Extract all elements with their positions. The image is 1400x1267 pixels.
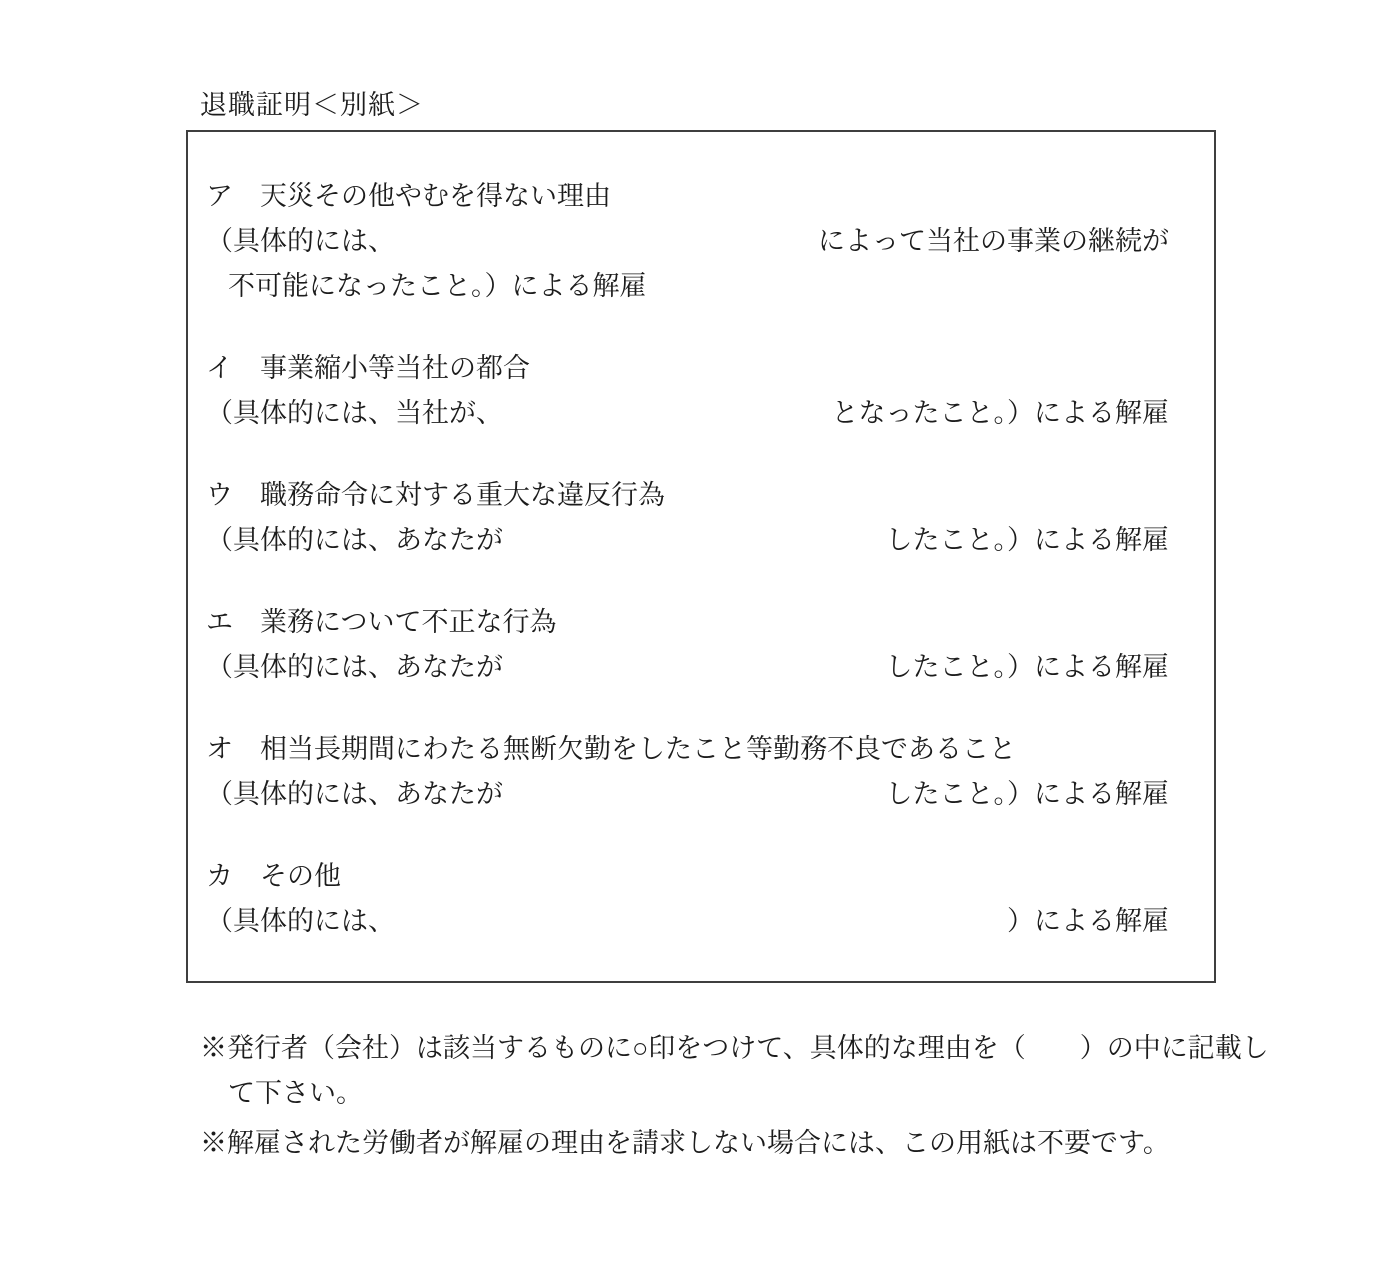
document-page: 退職証明＜別紙＞ ア 天災その他やむを得ない理由 （具体的には、 によって当社の… xyxy=(0,0,1400,1267)
detail-right-text: となったこと。）による解雇 xyxy=(832,391,1170,436)
reason-section-o: オ 相当長期間にわたる無断欠勤をしたこと等勤務不良であること （具体的には、あな… xyxy=(206,727,1169,817)
footnote-issuer-instruction: ※発行者（会社）は該当するものに○印をつけて、具体的な理由を（ ）の中に記載し … xyxy=(200,1026,1220,1116)
reason-section-ka: カ その他 （具体的には、 ）による解雇 xyxy=(206,854,1169,944)
section-title: 相当長期間にわたる無断欠勤をしたこと等勤務不良であること xyxy=(260,727,1016,772)
detail-left-text: （具体的には、 xyxy=(206,219,395,264)
blank-fill-area xyxy=(395,899,1007,944)
footnote-line: ※解雇された労働者が解雇の理由を請求しない場合には、この用紙は不要です。 xyxy=(200,1121,1220,1166)
section-title-row: オ 相当長期間にわたる無断欠勤をしたこと等勤務不良であること xyxy=(206,727,1169,772)
section-letter: カ xyxy=(206,854,260,899)
footnotes: ※発行者（会社）は該当するものに○印をつけて、具体的な理由を（ ）の中に記載し … xyxy=(200,1026,1220,1171)
detail-right-text: によって当社の事業の継続が xyxy=(818,219,1169,264)
footnote-not-required: ※解雇された労働者が解雇の理由を請求しない場合には、この用紙は不要です。 xyxy=(200,1121,1220,1166)
blank-fill-area xyxy=(503,391,832,436)
blank-fill-area xyxy=(503,772,886,817)
reason-section-a: ア 天災その他やむを得ない理由 （具体的には、 によって当社の事業の継続が 不可… xyxy=(206,174,1169,309)
section-title: 業務について不正な行為 xyxy=(260,600,556,645)
detail-right-text: したこと。）による解雇 xyxy=(886,772,1170,817)
detail-line: （具体的には、あなたが したこと。）による解雇 xyxy=(206,772,1169,817)
section-title-row: エ 業務について不正な行為 xyxy=(206,600,1169,645)
detail-line: （具体的には、あなたが したこと。）による解雇 xyxy=(206,518,1169,563)
detail-continuation-text: 不可能になったこと。）による解雇 xyxy=(228,264,647,309)
section-title: 天災その他やむを得ない理由 xyxy=(260,174,611,219)
section-letter: エ xyxy=(206,600,260,645)
section-title: その他 xyxy=(260,854,341,899)
section-letter: オ xyxy=(206,727,260,772)
reason-section-u: ウ 職務命令に対する重大な違反行為 （具体的には、あなたが したこと。）による解… xyxy=(206,473,1169,563)
detail-line: （具体的には、当社が、 となったこと。）による解雇 xyxy=(206,391,1169,436)
blank-fill-area xyxy=(503,518,886,563)
detail-left-text: （具体的には、あなたが xyxy=(206,645,503,690)
detail-right-text: したこと。）による解雇 xyxy=(886,518,1170,563)
detail-left-text: （具体的には、あなたが xyxy=(206,772,503,817)
section-title: 職務命令に対する重大な違反行為 xyxy=(260,473,665,518)
footnote-line: ※発行者（会社）は該当するものに○印をつけて、具体的な理由を（ ）の中に記載し xyxy=(200,1026,1220,1071)
detail-right-text: したこと。）による解雇 xyxy=(886,645,1170,690)
detail-left-text: （具体的には、当社が、 xyxy=(206,391,503,436)
detail-line: （具体的には、 ）による解雇 xyxy=(206,899,1169,944)
blank-fill-area xyxy=(395,219,818,264)
detail-left-text: （具体的には、 xyxy=(206,899,395,944)
blank-fill-area xyxy=(503,645,886,690)
detail-right-text: ）による解雇 xyxy=(1007,899,1169,944)
section-letter: ア xyxy=(206,174,260,219)
section-letter: ウ xyxy=(206,473,260,518)
section-title: 事業縮小等当社の都合 xyxy=(260,346,530,391)
detail-line: 不可能になったこと。）による解雇 xyxy=(206,264,1169,309)
footnote-line: て下さい。 xyxy=(200,1071,1220,1116)
page-title: 退職証明＜別紙＞ xyxy=(200,83,424,128)
section-title-row: カ その他 xyxy=(206,854,1169,899)
reason-section-i: イ 事業縮小等当社の都合 （具体的には、当社が、 となったこと。）による解雇 xyxy=(206,346,1169,436)
detail-line: （具体的には、 によって当社の事業の継続が xyxy=(206,219,1169,264)
detail-left-text: （具体的には、あなたが xyxy=(206,518,503,563)
section-title-row: ウ 職務命令に対する重大な違反行為 xyxy=(206,473,1169,518)
section-letter: イ xyxy=(206,346,260,391)
section-title-row: イ 事業縮小等当社の都合 xyxy=(206,346,1169,391)
detail-line: （具体的には、あなたが したこと。）による解雇 xyxy=(206,645,1169,690)
dismissal-reasons-box: ア 天災その他やむを得ない理由 （具体的には、 によって当社の事業の継続が 不可… xyxy=(186,130,1216,983)
reason-section-e: エ 業務について不正な行為 （具体的には、あなたが したこと。）による解雇 xyxy=(206,600,1169,690)
section-title-row: ア 天災その他やむを得ない理由 xyxy=(206,174,1169,219)
